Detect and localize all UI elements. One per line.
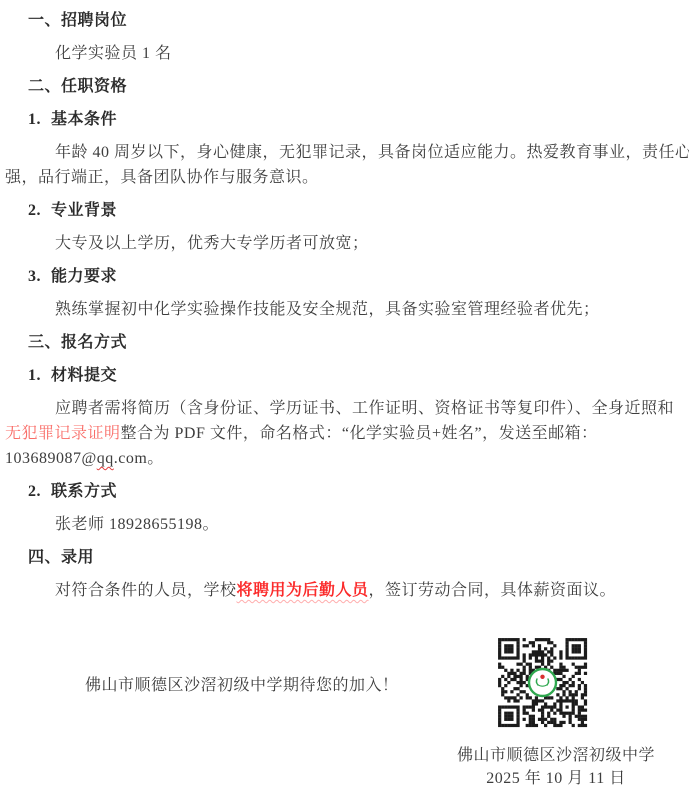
email-line: 103689087@qq.com。 bbox=[5, 446, 659, 471]
contact-text: 张老师 18928655198。 bbox=[5, 512, 659, 537]
materials-line-1: 应聘者需将简历（含身份证、学历证书、工作证明、资格证书等复印件）、全身近照和 bbox=[5, 396, 659, 421]
subheading-basic-number: 1. bbox=[28, 107, 41, 132]
materials-submission-paragraph: 应聘者需将简历（含身份证、学历证书、工作证明、资格证书等复印件）、全身近照和 无… bbox=[5, 396, 659, 471]
section-heading-qualifications: 二、任职资格 bbox=[28, 74, 659, 99]
subheading-materials-number: 1. bbox=[28, 363, 41, 388]
qr-center-logo-icon bbox=[529, 669, 556, 696]
subheading-contact-label: 联系方式 bbox=[51, 483, 117, 500]
qr-code bbox=[495, 635, 590, 730]
subheading-ability-requirements: 3.能力要求 bbox=[28, 264, 659, 289]
hired-as-logistics-highlight: 将聘用为后勤人员 bbox=[237, 582, 369, 599]
hiring-text-line: 对符合条件的人员，学校将聘用为后勤人员，签订劳动合同，具体薪资面议。 bbox=[5, 578, 659, 603]
section-heading-recruit-position-label: 一、招聘岗位 bbox=[28, 12, 127, 29]
signature-date: 2025 年 10 月 11 日 bbox=[457, 767, 655, 790]
subheading-ability-number: 3. bbox=[28, 264, 41, 289]
section-heading-application-method-label: 三、报名方式 bbox=[28, 334, 127, 351]
materials-line-2-rest: 整合为 PDF 文件，命名格式：“化学实验员+姓名”，发送至邮箱： bbox=[121, 425, 598, 442]
subheading-materials-label: 材料提交 bbox=[51, 367, 117, 384]
ability-requirements-paragraph: 熟练掌握初中化学实验操作技能及安全规范，具备实验室管理经验者优先； bbox=[5, 297, 659, 322]
section-heading-application-method: 三、报名方式 bbox=[28, 330, 659, 355]
email-period: 。 bbox=[147, 450, 164, 467]
basic-conditions-paragraph: 年龄 40 周岁以下，身心健康，无犯罪记录，具备岗位适应能力。热爱教育事业，责任… bbox=[5, 140, 659, 190]
position-text: 化学实验员 1 名 bbox=[5, 41, 659, 66]
section-heading-recruit-position: 一、招聘岗位 bbox=[28, 8, 659, 33]
hiring-text-part1: 对符合条件的人员，学校 bbox=[55, 582, 237, 599]
materials-line-2: 无犯罪记录证明整合为 PDF 文件，命名格式：“化学实验员+姓名”，发送至邮箱： bbox=[5, 421, 659, 446]
email-flagged-segment: qq bbox=[97, 450, 114, 467]
hiring-text-part2: ，签订劳动合同，具体薪资面议。 bbox=[369, 582, 617, 599]
subheading-contact-info: 2.联系方式 bbox=[28, 479, 659, 504]
subheading-major-label: 专业背景 bbox=[51, 202, 117, 219]
subheading-materials-submission: 1.材料提交 bbox=[28, 363, 659, 388]
recruitment-notice-document: 一、招聘岗位 化学实验员 1 名 二、任职资格 1.基本条件 年龄 40 周岁以… bbox=[0, 8, 689, 790]
contact-paragraph: 张老师 18928655198。 bbox=[5, 512, 659, 537]
position-paragraph: 化学实验员 1 名 bbox=[5, 41, 659, 66]
basic-conditions-line-1: 年龄 40 周岁以下，身心健康，无犯罪记录，具备岗位适应能力。热爱教育事业，责任… bbox=[5, 140, 659, 165]
section-heading-hiring-label: 四、录用 bbox=[28, 549, 94, 566]
qr-code-image bbox=[495, 635, 590, 730]
welcome-and-qr-row: 佛山市顺德区沙滘初级中学期待您的加入！ bbox=[5, 635, 659, 730]
signature-block: 佛山市顺德区沙滘初级中学 2025 年 10 月 11 日 bbox=[457, 744, 655, 790]
ability-requirements-text: 熟练掌握初中化学实验操作技能及安全规范，具备实验室管理经验者优先； bbox=[5, 297, 659, 322]
subheading-major-background: 2.专业背景 bbox=[28, 198, 659, 223]
subheading-major-number: 2. bbox=[28, 198, 41, 223]
email-suffix: .com bbox=[114, 450, 148, 467]
subheading-basic-label: 基本条件 bbox=[51, 111, 117, 128]
hiring-paragraph: 对符合条件的人员，学校将聘用为后勤人员，签订劳动合同，具体薪资面议。 bbox=[5, 578, 659, 603]
section-heading-qualifications-label: 二、任职资格 bbox=[28, 78, 127, 95]
signature-school-name: 佛山市顺德区沙滘初级中学 bbox=[457, 744, 655, 767]
subheading-ability-label: 能力要求 bbox=[51, 268, 117, 285]
welcome-message: 佛山市顺德区沙滘初级中学期待您的加入！ bbox=[85, 673, 399, 698]
major-background-paragraph: 大专及以上学历，优秀大专学历者可放宽； bbox=[5, 231, 659, 256]
email-prefix: 103689087@ bbox=[5, 450, 97, 467]
section-heading-hiring: 四、录用 bbox=[28, 545, 659, 570]
major-background-text: 大专及以上学历，优秀大专学历者可放宽； bbox=[5, 231, 659, 256]
subheading-contact-number: 2. bbox=[28, 479, 41, 504]
subheading-basic-conditions: 1.基本条件 bbox=[28, 107, 659, 132]
no-criminal-record-highlight: 无犯罪记录证明 bbox=[5, 425, 121, 442]
basic-conditions-line-2: 强，品行端正，具备团队协作与服务意识。 bbox=[5, 165, 659, 190]
